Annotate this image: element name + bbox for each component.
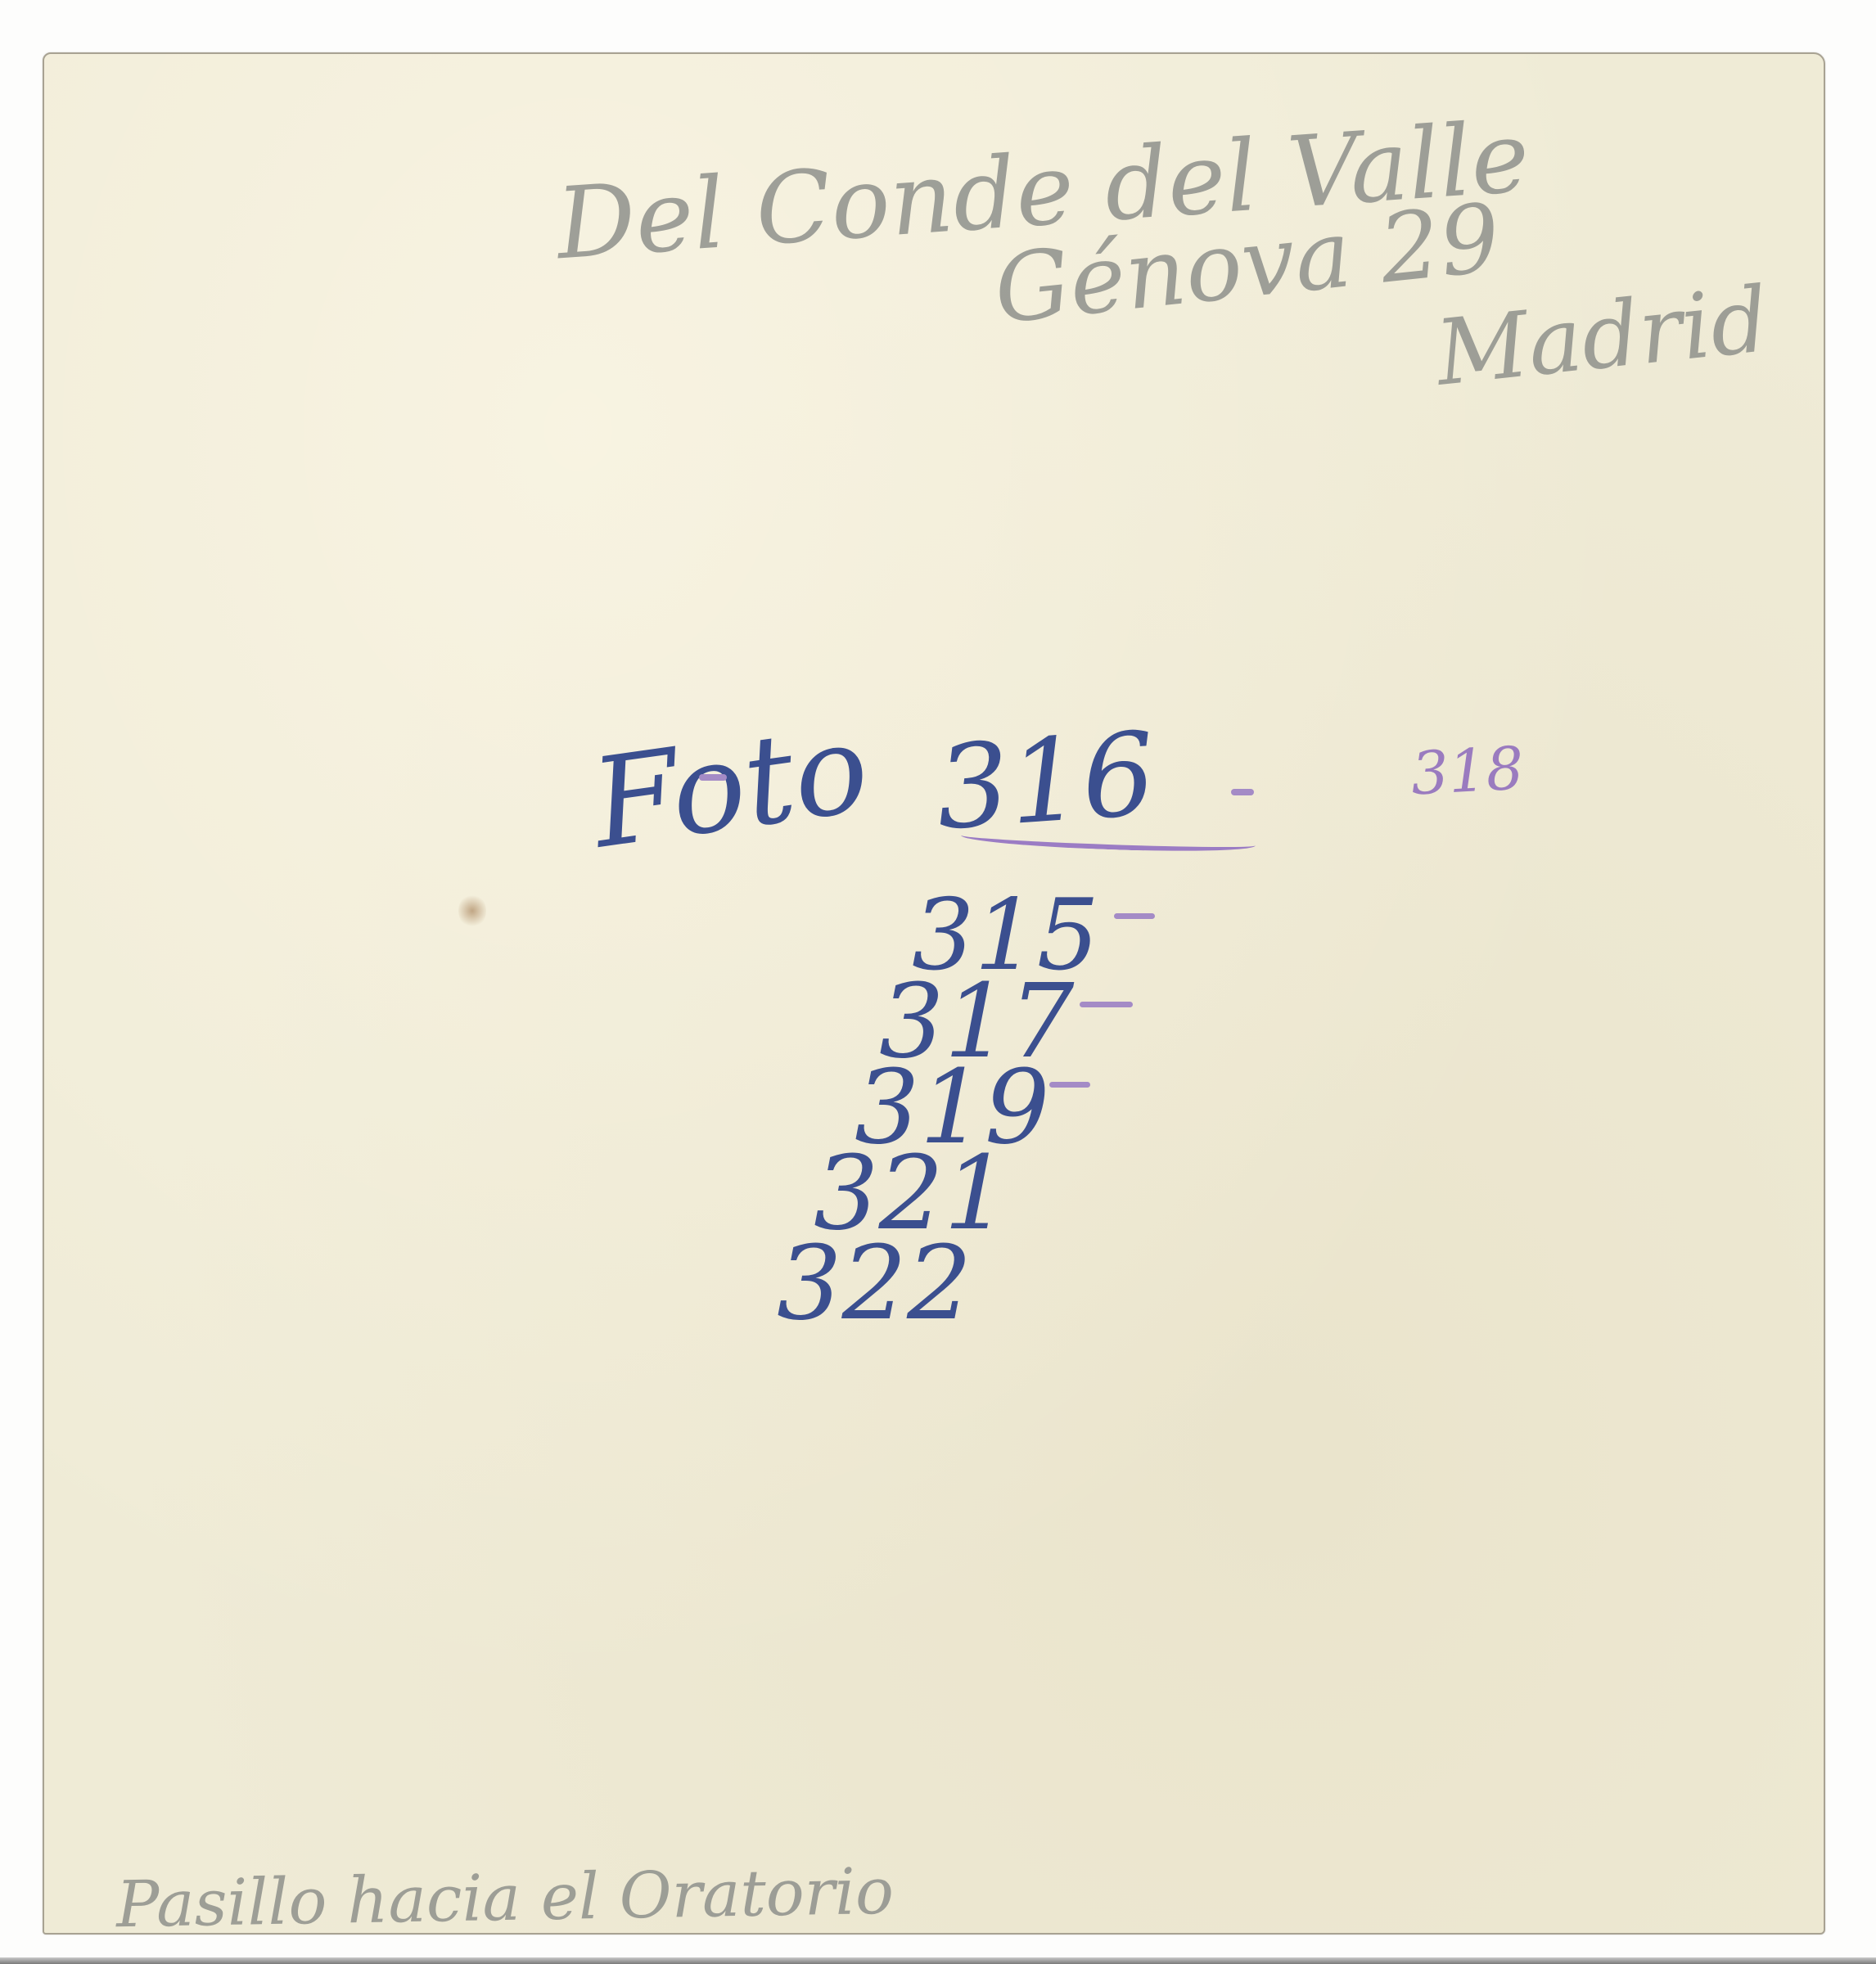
violet-tick — [1080, 1002, 1133, 1007]
violet-dash — [699, 774, 727, 781]
foxing-stain — [458, 894, 486, 928]
catalog-side-number: 318 — [1409, 738, 1525, 803]
scan-edge-bar — [0, 1957, 1876, 1964]
violet-tick — [1114, 913, 1155, 919]
violet-dash — [1231, 789, 1254, 795]
caption-note: Pasillo hacia el Oratorio — [115, 1860, 894, 1938]
catalog-prefix: Foto — [585, 706, 875, 866]
violet-tick — [1049, 1082, 1090, 1088]
photo-card-reverse: Del Conde del Valle Génova 29 Madrid Fot… — [43, 52, 1825, 1935]
catalog-number: 322 — [777, 1232, 972, 1335]
